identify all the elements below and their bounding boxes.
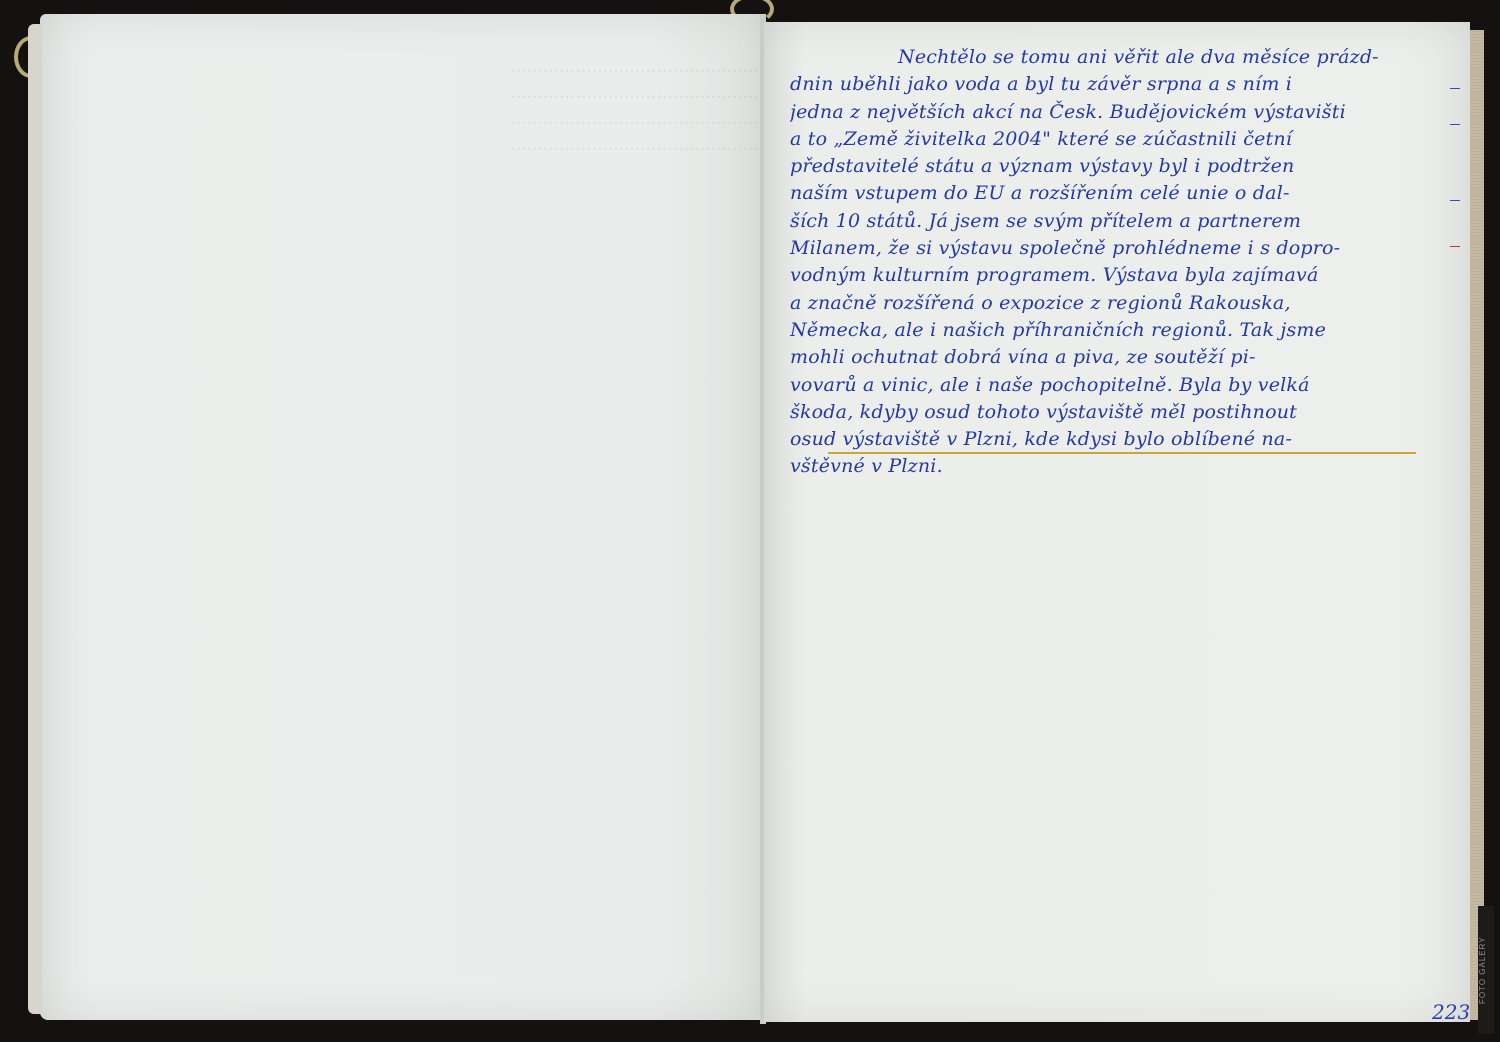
section-divider-line: [828, 452, 1416, 454]
hw-line-15: osud výstaviště v Plzni, kde kdysi bylo …: [790, 426, 1450, 453]
bleed-through-text: ........................................…: [110, 54, 770, 1004]
hw-line-4: a to „Země živitelka 2004" které se zúča…: [790, 126, 1450, 153]
page-number: 223: [1432, 1000, 1470, 1024]
hw-line-5: představitelé státu a význam výstavy byl…: [790, 153, 1450, 180]
hw-line-16: vštěvné v Plzni.: [790, 453, 1450, 480]
gallery-watermark: FOTO GALERY: [1478, 906, 1494, 1034]
hw-line-13: vovarů a vinic, ale i naše pochopitelně.…: [790, 372, 1450, 399]
hw-line-1: Nechtělo se tomu ani věřit ale dva měsíc…: [790, 44, 1450, 71]
hw-line-2: dnin uběhli jako voda a byl tu závěr srp…: [790, 71, 1450, 98]
handwritten-entry: Nechtělo se tomu ani věřit ale dva měsíc…: [790, 44, 1450, 481]
hw-line-6: naším vstupem do EU a rozšířením celé un…: [790, 180, 1450, 207]
hw-line-8: Milanem, že si výstavu společně prohlédn…: [790, 235, 1450, 262]
hw-line-14: škoda, kdyby osud tohoto výstaviště měl …: [790, 399, 1450, 426]
hw-line-9: vodným kulturním programem. Výstava byla…: [790, 262, 1450, 289]
hw-line-11: Německa, ale i našich příhraničních regi…: [790, 317, 1450, 344]
left-page: ........................................…: [40, 14, 762, 1020]
open-book: ........................................…: [0, 0, 1500, 1042]
hw-line-7: ších 10 států. Já jsem se svým přítelem …: [790, 208, 1450, 235]
hw-line-12: mohli ochutnat dobrá vína a piva, ze sou…: [790, 344, 1450, 371]
hw-line-10: a značně rozšířená o expozice z regionů …: [790, 290, 1450, 317]
hw-line-3: jedna z největších akcí na Česk. Budějov…: [790, 99, 1450, 126]
